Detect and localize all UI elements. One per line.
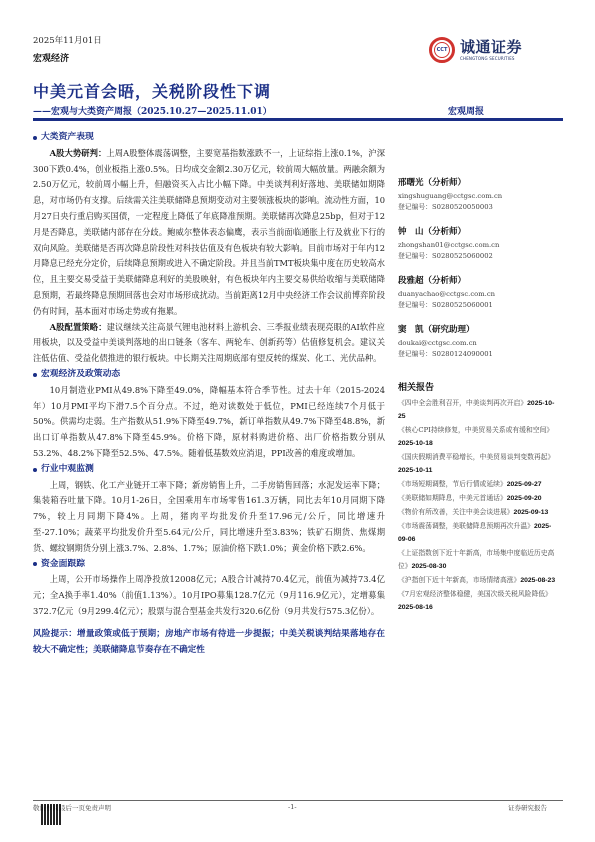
related-report-link[interactable]: 《市场短期调整，节后行情或延续》2025-09-27 — [398, 478, 558, 491]
section-funding: 资金面跟踪 上周，公开市场操作上周净投放12008亿元；A股合计减持70.4亿元… — [33, 557, 385, 620]
section-heading: 资金面跟踪 — [41, 557, 85, 573]
analyst-card: 窦 凯（研究助理） doukai@cctgsc.com.cn 登记编号：S028… — [398, 323, 558, 360]
qr-code-icon — [41, 804, 62, 825]
logo-en-text: CHENGTONG SECURITIES — [460, 56, 522, 61]
analyst-reg: 登记编号：S0280520050003 — [398, 202, 558, 213]
logo-cn-text: 诚通证券 — [460, 39, 522, 56]
analyst-email[interactable]: duanyachao@cctgsc.com.cn — [398, 289, 558, 300]
logo-mark-icon: CCT — [429, 37, 455, 63]
section-asset-performance: 大类资产表现 A股大势研判：上周A股整体震荡调整，主要宽基指数涨跌不一，上证综指… — [33, 130, 385, 367]
analyst-reg: 登记编号：S0280124090001 — [398, 349, 558, 360]
related-report-link[interactable]: 《物价有所改善，关注中美会谈进展》2025-09-13 — [398, 506, 558, 519]
analyst-reg: 登记编号：S0280525060002 — [398, 251, 558, 262]
related-report-link[interactable]: 《美联储如期降息，中美元首通话》2025-09-20 — [398, 492, 558, 505]
paragraph: A股配置策略：建议继续关注高景气锂电池材料上游机会、三季报业绩表现亮眼的AI软件… — [33, 320, 385, 367]
analyst-name: 窦 凯（研究助理） — [398, 323, 558, 335]
section-heading: 行业中观监测 — [41, 462, 94, 478]
analyst-email[interactable]: zhongshan01@cctgsc.com.cn — [398, 240, 558, 251]
sidebar: 邢曙光（分析师） xingshuguang@cctgsc.com.cn 登记编号… — [398, 176, 558, 615]
analyst-card: 钟 山（分析师） zhongshan01@cctgsc.com.cn 登记编号：… — [398, 225, 558, 262]
bullet-icon — [33, 468, 37, 472]
risk-warning: 风险提示：增量政策或低于预期；房地产市场有待进一步提振；中美关税谈判结果落地存在… — [33, 626, 385, 658]
related-report-link[interactable]: 《7月宏观经济整体稳健，美国次级关税风险降低》2025-08-16 — [398, 588, 558, 614]
analyst-email[interactable]: doukai@cctgsc.com.cn — [398, 338, 558, 349]
paragraph: A股大势研判：上周A股整体震荡调整，主要宽基指数涨跌不一，上证综指上涨0.1%，… — [33, 146, 385, 320]
section-industry-monitor: 行业中观监测 上周，钢铁、化工产业链开工率下降；新房销售上升，二手房销售回落；水… — [33, 462, 385, 557]
analyst-name: 钟 山（分析师） — [398, 225, 558, 237]
main-content: 大类资产表现 A股大势研判：上周A股整体震荡调整，主要宽基指数涨跌不一，上证综指… — [33, 130, 385, 658]
section-macro-policy: 宏观经济及政策动态 10月制造业PMI从49.8%下降至49.0%，降幅基本符合… — [33, 367, 385, 462]
paragraph: 上周，公开市场操作上周净投放12008亿元；A股合计减持70.4亿元，前值为减持… — [33, 572, 385, 619]
analyst-name: 邢曙光（分析师） — [398, 176, 558, 188]
related-report-link[interactable]: 《核心CPI持续修复，中美贸易关系或有缓和空间》2025-10-18 — [398, 424, 558, 450]
section-heading: 宏观经济及政策动态 — [41, 367, 120, 383]
bullet-icon — [33, 373, 37, 377]
bullet-icon — [33, 562, 37, 566]
analyst-email[interactable]: xingshuguang@cctgsc.com.cn — [398, 191, 558, 202]
section-heading: 大类资产表现 — [41, 130, 94, 146]
related-report-link[interactable]: 《市场震荡调整，美联储降息预期再次升温》2025-09-06 — [398, 520, 558, 546]
related-reports-title: 相关报告 — [398, 380, 558, 393]
related-report-link[interactable]: 《四中全会胜利召开，中美谈判再次开启》2025-10-25 — [398, 397, 558, 423]
related-report-link[interactable]: 《上证指数创下近十年新高，市场集中度临近历史高位》2025-08-30 — [398, 547, 558, 573]
document-type: 宏观周报 — [448, 104, 484, 117]
company-logo: CCT 诚通证券 CHENGTONG SECURITIES — [429, 33, 549, 67]
analyst-name: 段雅超（分析师） — [398, 274, 558, 286]
related-report-link[interactable]: 《国庆假期消费平稳增长，中美贸易谈判变数再起》2025-10-11 — [398, 451, 558, 477]
report-subtitle: ——宏观与大类资产周报（2025.10.27—2025.11.01） — [33, 104, 272, 117]
bullet-icon — [33, 136, 37, 140]
analyst-card: 段雅超（分析师） duanyachao@cctgsc.com.cn 登记编号：S… — [398, 274, 558, 311]
header-divider — [33, 118, 563, 121]
footer-label: 证券研究报告 — [508, 803, 547, 812]
analyst-reg: 登记编号：S0280525060001 — [398, 300, 558, 311]
page-number: -1- — [288, 803, 297, 811]
paragraph: 上周，钢铁、化工产业链开工率下降；新房销售上升，二手房销售回落；水泥发运率下降；… — [33, 478, 385, 557]
paragraph: 10月制造业PMI从49.8%下降至49.0%，降幅基本符合季节性。过去十年（2… — [33, 383, 385, 462]
report-category: 宏观经济 — [33, 51, 69, 64]
report-title: 中美元首会晤，关税阶段性下调 — [33, 79, 271, 102]
analyst-card: 邢曙光（分析师） xingshuguang@cctgsc.com.cn 登记编号… — [398, 176, 558, 213]
related-report-link[interactable]: 《沪指创下近十年新高，市场情绪高涨》2025-08-23 — [398, 574, 558, 587]
footer-divider — [33, 800, 563, 801]
report-date: 2025年11月01日 — [33, 34, 102, 46]
